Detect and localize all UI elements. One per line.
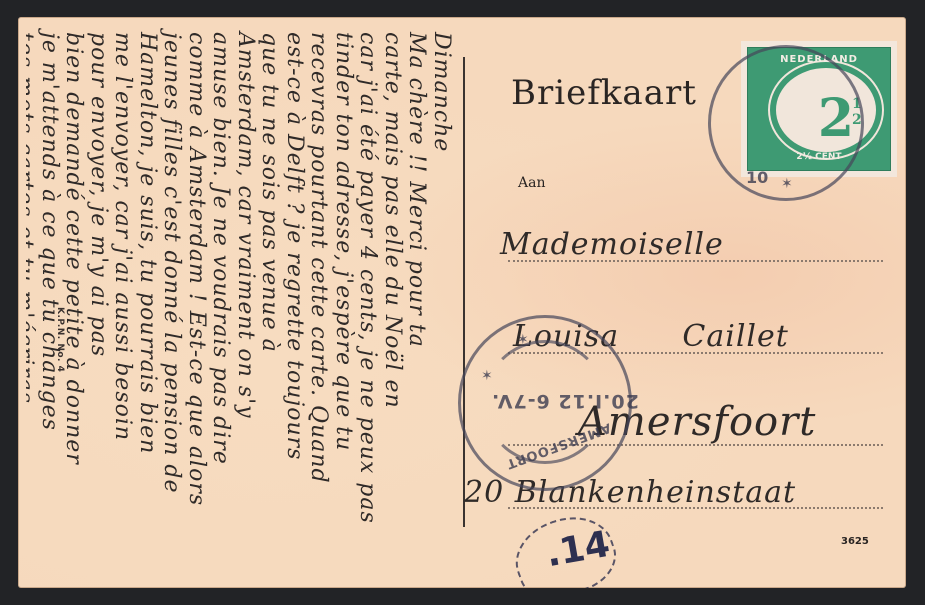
message-line: est-ce à Delft ? je regrette toujours — [282, 32, 307, 577]
message-line: Amsterdam, car vraiment on s'y — [233, 32, 258, 577]
message-line: comme à Amsterdam ! Est-ce que alors — [184, 32, 209, 577]
star-icon: ✶ — [781, 176, 793, 192]
to-label: Aan — [518, 175, 545, 191]
message-text-block: DimancheMa chère !! Merci pour tacarte, … — [28, 32, 453, 577]
star-icon: ✶ — [481, 368, 493, 384]
serial-number: 3625 — [841, 536, 869, 547]
card-title: Briefkaart — [511, 73, 697, 113]
publisher-mark: K.P.N. No. 4 — [55, 307, 65, 372]
message-line: que tu ne sois pas venue à — [257, 32, 282, 577]
message-line: tinder ton adresse, j'espère que tu — [331, 32, 356, 577]
handwritten-message: DimancheMa chère !! Merci pour tacarte, … — [26, 25, 456, 585]
postmark-date: 20.I.12 6-7V. — [491, 390, 639, 412]
postmark-arrival: ✶ ✶ 20.I.12 6-7V. AMERSFOORT — [458, 315, 632, 491]
message-line: carte, mais pas elle du Noël en — [380, 32, 405, 577]
star-icon: ✶ — [517, 332, 529, 348]
message-line: je m'attends à ce que tu changes — [37, 32, 62, 577]
message-line: bien demandé cette petite à donner — [61, 32, 86, 577]
message-line: Dimanche — [429, 32, 454, 577]
address-recipient-title: Mademoiselle — [500, 227, 724, 262]
postcard: DimancheMa chère !! Merci pour tacarte, … — [18, 17, 906, 588]
message-line: amuse bien. Je ne voudrais pas dire — [208, 32, 233, 577]
message-line: Ma chère !! Merci pour ta — [404, 32, 429, 577]
message-line: recevras pourtant cette carte. Quand — [306, 32, 331, 577]
message-line: tes mots cartes et tu m'écriras — [26, 32, 37, 577]
message-line: Hamelton, je suis, tu pourrais bien — [135, 32, 160, 577]
postmark-departure-number: 10 — [746, 168, 768, 187]
divider-line — [463, 57, 465, 527]
message-line: car j'ai été payer 4 cents, je ne peux p… — [355, 32, 380, 577]
message-line: jeunes filles c'est donné la pension de — [159, 32, 184, 577]
message-line: me l'envoyer, car j'ai aussi besoin — [110, 32, 135, 577]
message-line: pour envoyer, je m'y ai pas — [86, 32, 111, 577]
postmark-departure: 10 ✶ — [708, 45, 864, 201]
